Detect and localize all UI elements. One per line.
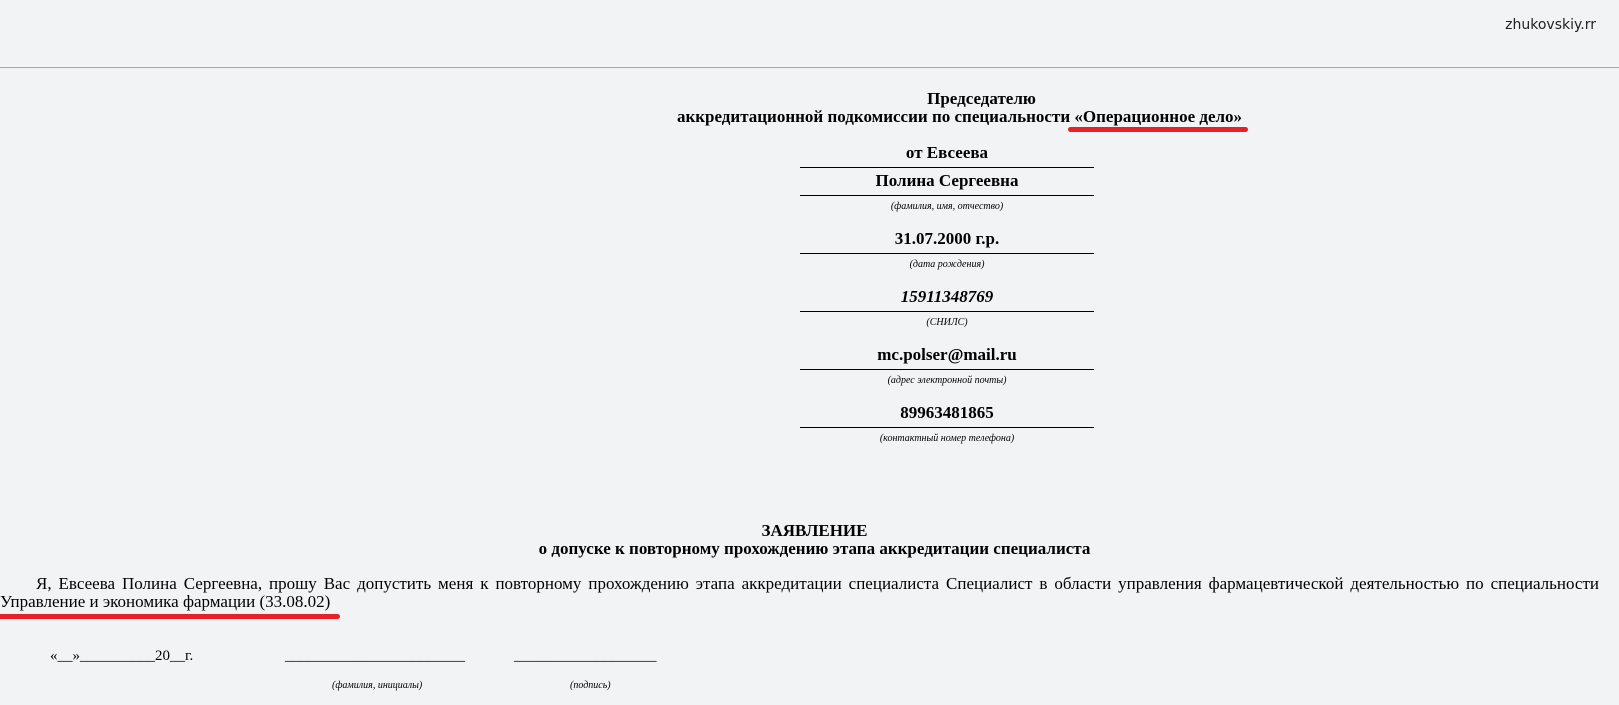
statement-heading: ЗАЯВЛЕНИЕ о допуске к повторному прохожд… [0, 522, 1619, 558]
applicant-form: от Евсеева Полина Сергеевна (фамилия, им… [800, 140, 1094, 458]
addressee-specialty: «Операционное дело» [1074, 107, 1242, 126]
statement-title: ЗАЯВЛЕНИЕ [0, 522, 1619, 540]
snils-caption: (СНИЛС) [800, 312, 1094, 342]
phone-caption: (контактный номер телефона) [800, 428, 1094, 458]
email-field: mc.polser@mail.ru [800, 342, 1094, 370]
statement-specialty: Управление и экономика фармации (33.08.0… [0, 592, 330, 611]
addressee-subcommission: аккредитационной подкомиссии по специаль… [0, 108, 1619, 126]
name-signature-blank: ________________________ [285, 648, 465, 665]
from-line: от Евсеева [800, 140, 1094, 168]
snils-field: 15911348769 [800, 284, 1094, 312]
top-bar: zhukovskiy.rr [0, 0, 1619, 68]
statement-body: Я, Евсеева Полина Сергеевна, прошу Вас д… [0, 575, 1599, 611]
phone-field: 89963481865 [800, 400, 1094, 428]
addressee-prefix: аккредитационной подкомиссии по специаль… [677, 107, 1074, 126]
addressee-title: Председателю [0, 90, 1619, 108]
statement-body-main: Я, Евсеева Полина Сергеевна, прошу Вас д… [36, 574, 1599, 593]
birth-date-field: 31.07.2000 г.р. [800, 226, 1094, 254]
name-field: Полина Сергеевна [800, 168, 1094, 196]
site-name: zhukovskiy.rr [1505, 17, 1596, 33]
birth-date-caption: (дата рождения) [800, 254, 1094, 284]
name-caption: (фамилия, имя, отчество) [800, 196, 1094, 226]
statement-subtitle: о допуске к повторному прохождению этапа… [0, 540, 1619, 558]
addressee-block: Председателю аккредитационной подкомисси… [0, 90, 1619, 126]
red-underline-annotation [0, 614, 340, 619]
date-blank: «__»__________20__г. [50, 648, 193, 665]
name-signature-caption: (фамилия, инициалы) [332, 680, 422, 691]
signature-blank: ___________________ [514, 648, 657, 665]
signature-caption: (подпись) [570, 680, 611, 691]
email-caption: (адрес электронной почты) [800, 370, 1094, 400]
red-underline-annotation [1068, 127, 1248, 132]
